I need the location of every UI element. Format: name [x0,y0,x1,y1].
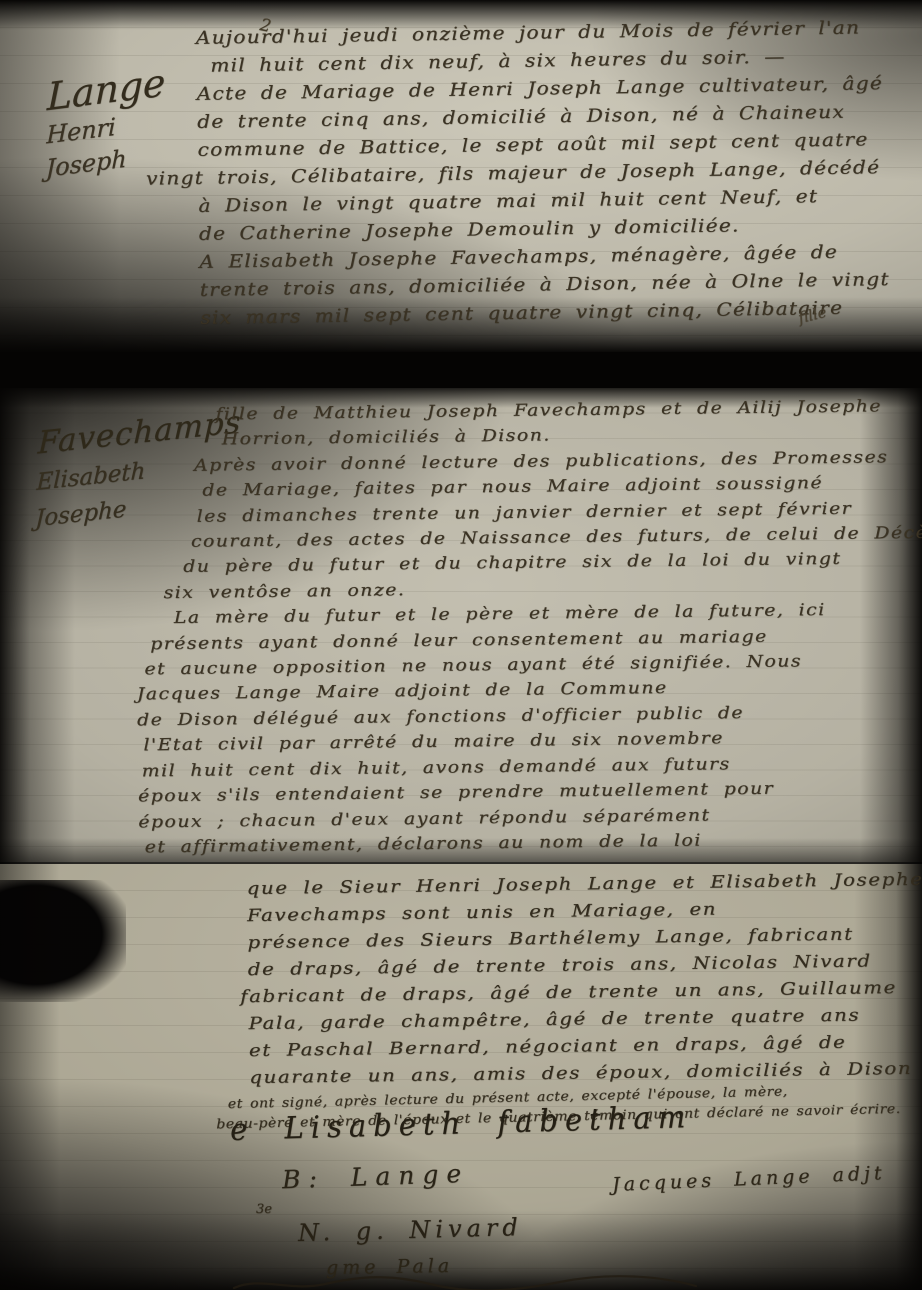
photo-strip-top: 2 Lange Henri Joseph Aujourd'hui jeudi o… [0,0,922,352]
register-photograph: 2 Lange Henri Joseph Aujourd'hui jeudi o… [0,0,922,1290]
signature-paraph-mark: 3e [256,1202,272,1217]
dark-shadow-blob [0,880,126,1002]
signature-officer-jacques-lange: Jacques Lange adjt [612,1162,886,1196]
act-text-middle: fille de Matthieu Joseph Favechamps et d… [147,394,851,860]
act-text-top: Aujourd'hui jeudi onzième jour du Mois d… [196,15,817,333]
photo-strip-bottom: que le Sieur Henri Joseph Lange et Elisa… [0,864,922,1290]
act-text-bottom: que le Sieur Henri Joseph Lange et Elisa… [247,868,833,1092]
signature-witness-b-lange: B: Lange [282,1159,470,1195]
photo-strip-middle: Favechamps Elisabeth Josephe fille de Ma… [0,388,922,864]
cutoff-signature-strokes [230,1272,700,1290]
signature-witness-nivard: N. g. Nivard [298,1213,523,1247]
